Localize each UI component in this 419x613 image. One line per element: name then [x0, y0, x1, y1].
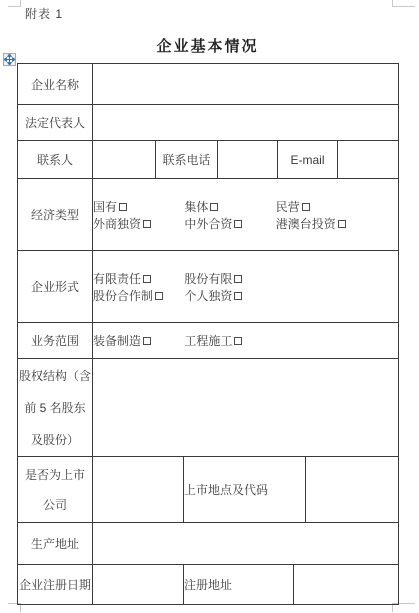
enterprise-form-options-cell: 有限责任 股份有限 股份合作制 个人独资: [93, 251, 399, 323]
contact-person-label: 联系人: [18, 141, 93, 179]
checkbox-icon[interactable]: [210, 203, 218, 211]
checkbox-icon[interactable]: [234, 337, 242, 345]
checkbox-icon[interactable]: [119, 203, 127, 211]
page-crop-mark-top-left: [8, 0, 21, 7]
business-scope-options-cell: 装备制造 工程施工: [93, 323, 399, 359]
enterprise-form-label: 企业形式: [18, 251, 93, 323]
registered-address-value-cell[interactable]: [294, 565, 399, 605]
option-joint-stock[interactable]: 股份有限: [184, 270, 272, 287]
equity-structure-value-cell[interactable]: [93, 359, 399, 457]
table-move-handle-icon[interactable]: [3, 53, 16, 66]
table-row: 联系人 联系电话 E-mail: [18, 141, 399, 179]
contact-phone-value-cell[interactable]: [218, 141, 278, 179]
company-name-value-cell[interactable]: [93, 64, 399, 105]
listing-location-value-cell[interactable]: [306, 457, 399, 523]
table-row: 经济类型 国有 集体 民营 外商独资 中外合资 港澳台投资: [18, 179, 399, 251]
production-address-value-cell[interactable]: [93, 523, 399, 565]
option-hk-macao-taiwan[interactable]: 港澳台投资: [276, 215, 364, 232]
table-row: 法定代表人: [18, 105, 399, 141]
economic-type-label: 经济类型: [18, 179, 93, 251]
page-crop-mark-top-right: [392, 0, 415, 7]
production-address-label: 生产地址: [18, 523, 93, 565]
attachment-label: 附表 1: [25, 5, 63, 22]
table-row: 企业注册日期 注册地址: [18, 565, 399, 605]
four-direction-arrows-icon: [4, 54, 15, 65]
checkbox-icon[interactable]: [143, 275, 151, 283]
enterprise-info-table: 企业名称 法定代表人 联系人 联系电话 E-mail 经济类型 国有 集体 民营…: [17, 63, 399, 605]
checkbox-icon[interactable]: [143, 220, 151, 228]
contact-phone-label: 联系电话: [156, 141, 218, 179]
checkbox-icon[interactable]: [234, 275, 242, 283]
table-row: 企业名称: [18, 64, 399, 105]
option-collective[interactable]: 集体: [184, 198, 272, 215]
registration-date-label: 企业注册日期: [18, 565, 93, 605]
table-row: 是否为上市 公司 上市地点及代码: [18, 457, 399, 523]
option-engineering-construction[interactable]: 工程施工: [184, 332, 272, 349]
option-shareholding-coop[interactable]: 股份合作制: [93, 287, 181, 304]
checkbox-icon[interactable]: [234, 292, 242, 300]
email-label: E-mail: [278, 141, 338, 179]
table-row: 企业形式 有限责任 股份有限 股份合作制 个人独资: [18, 251, 399, 323]
equity-structure-label: 股权结构（含 前 5 名股东 及股份）: [18, 359, 93, 457]
email-value-cell[interactable]: [338, 141, 399, 179]
option-sole-proprietorship[interactable]: 个人独资: [184, 287, 272, 304]
table-row: 股权结构（含 前 5 名股东 及股份）: [18, 359, 399, 457]
option-wholly-foreign-owned[interactable]: 外商独资: [93, 215, 181, 232]
registered-address-label: 注册地址: [184, 565, 294, 605]
business-scope-label: 业务范围: [18, 323, 93, 359]
table-row: 业务范围 装备制造 工程施工: [18, 323, 399, 359]
legal-representative-value-cell[interactable]: [93, 105, 399, 141]
contact-person-value-cell[interactable]: [93, 141, 156, 179]
option-limited-liability[interactable]: 有限责任: [93, 270, 181, 287]
checkbox-icon[interactable]: [302, 203, 310, 211]
listing-location-label: 上市地点及代码: [184, 457, 306, 523]
listed-company-label: 是否为上市 公司: [18, 457, 93, 523]
legal-representative-label: 法定代表人: [18, 105, 93, 141]
option-state-owned[interactable]: 国有: [93, 198, 181, 215]
registration-date-value-cell[interactable]: [93, 565, 184, 605]
option-equipment-manufacturing[interactable]: 装备制造: [93, 332, 181, 349]
option-sino-foreign-jv[interactable]: 中外合资: [184, 215, 272, 232]
checkbox-icon[interactable]: [155, 292, 163, 300]
option-private[interactable]: 民营: [276, 198, 364, 215]
listed-company-value-cell[interactable]: [93, 457, 184, 523]
checkbox-icon[interactable]: [234, 220, 242, 228]
checkbox-icon[interactable]: [143, 337, 151, 345]
checkbox-icon[interactable]: [338, 220, 346, 228]
table-row: 生产地址: [18, 523, 399, 565]
company-name-label: 企业名称: [18, 64, 93, 105]
page-title: 企业基本情况: [17, 35, 398, 56]
economic-type-options-cell: 国有 集体 民营 外商独资 中外合资 港澳台投资: [93, 179, 399, 251]
